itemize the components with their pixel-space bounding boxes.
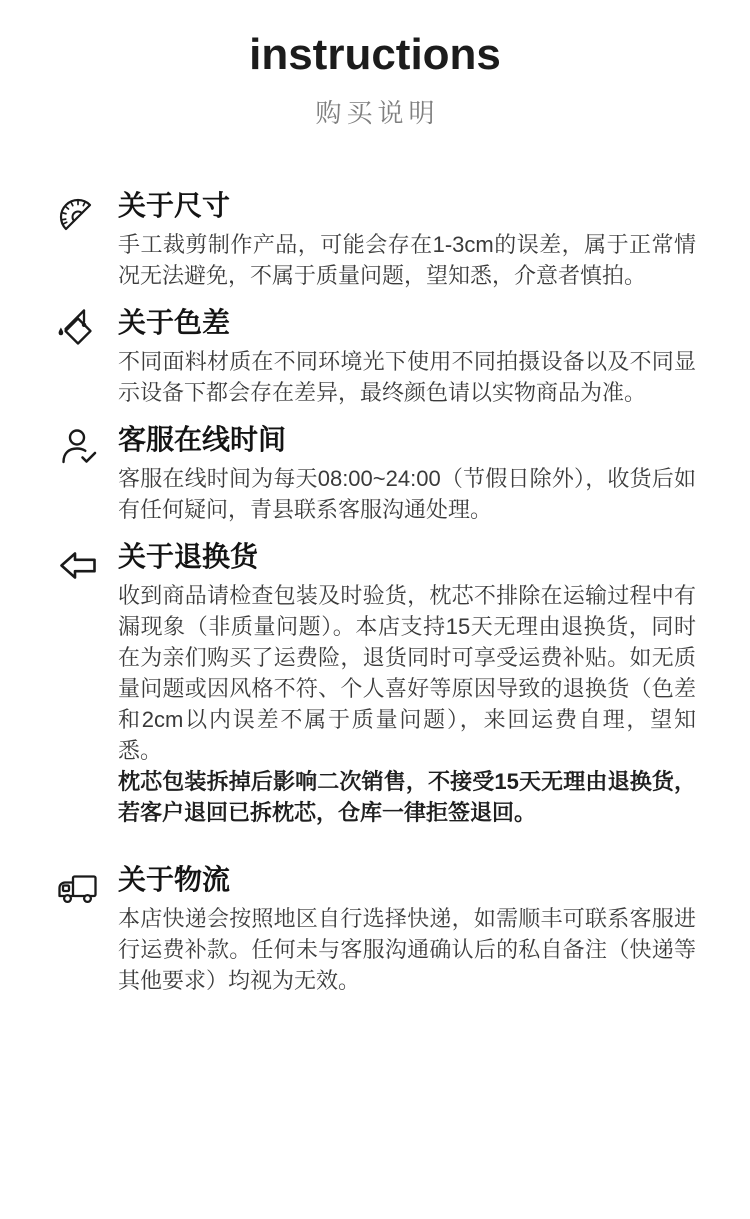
user-check-icon [54, 424, 102, 472]
section-heading: 关于色差 [118, 307, 696, 339]
section-icon [54, 864, 102, 912]
return-arrow-icon [54, 541, 102, 589]
section-paragraph: 手工裁剪制作产品，可能会存在1-3cm的误差，属于正常情况无法避免，不属于质量问… [118, 229, 696, 291]
instruction-section: 客服在线时间 客服在线时间为每天08:00~24:00（节假日除外），收货后如有… [0, 424, 750, 525]
instruction-section: 关于尺寸 手工裁剪制作产品，可能会存在1-3cm的误差，属于正常情况无法避免，不… [0, 190, 750, 291]
section-paragraph-emphasis: 枕芯包装拆掉后影响二次销售，不接受15天无理由退换货，若客户退回已拆枕芯，仓库一… [118, 766, 696, 828]
section-icon [54, 541, 102, 589]
section-body: 收到商品请检查包装及时验货，枕芯不排除在运输过程中有漏现象（非质量问题）。本店支… [118, 580, 696, 828]
section-paragraph: 本店快递会按照地区自行选择快递，如需顺丰可联系客服进行运费补款。任何未与客服沟通… [118, 903, 696, 996]
instruction-section: 关于色差 不同面料材质在不同环境光下使用不同拍摄设备以及不同显示设备下都会存在差… [0, 307, 750, 408]
section-heading: 关于物流 [118, 864, 696, 896]
section-paragraph: 客服在线时间为每天08:00~24:00（节假日除外），收货后如有任何疑问，青县… [118, 463, 696, 525]
truck-icon [54, 864, 102, 912]
section-body: 手工裁剪制作产品，可能会存在1-3cm的误差，属于正常情况无法避免，不属于质量问… [118, 229, 696, 291]
section-body: 客服在线时间为每天08:00~24:00（节假日除外），收货后如有任何疑问，青县… [118, 463, 696, 525]
instruction-section: 关于退换货 收到商品请检查包装及时验货，枕芯不排除在运输过程中有漏现象（非质量问… [0, 541, 750, 828]
protractor-icon [54, 190, 102, 238]
ink-pen-icon [54, 307, 102, 355]
page-header: instructions 购买说明 [0, 0, 750, 130]
section-icon [54, 307, 102, 355]
page-subtitle: 购买说明 [0, 96, 750, 130]
section-heading: 关于退换货 [118, 541, 696, 573]
section-paragraph: 收到商品请检查包装及时验货，枕芯不排除在运输过程中有漏现象（非质量问题）。本店支… [118, 580, 696, 766]
sections: 关于尺寸 手工裁剪制作产品，可能会存在1-3cm的误差，属于正常情况无法避免，不… [0, 190, 750, 996]
section-icon [54, 424, 102, 472]
section-heading: 关于尺寸 [118, 190, 696, 222]
section-heading: 客服在线时间 [118, 424, 696, 456]
section-icon [54, 190, 102, 238]
section-paragraph: 不同面料材质在不同环境光下使用不同拍摄设备以及不同显示设备下都会存在差异，最终颜… [118, 346, 696, 408]
instruction-section: 关于物流 本店快递会按照地区自行选择快递，如需顺丰可联系客服进行运费补款。任何未… [0, 864, 750, 996]
section-body: 不同面料材质在不同环境光下使用不同拍摄设备以及不同显示设备下都会存在差异，最终颜… [118, 346, 696, 408]
section-body: 本店快递会按照地区自行选择快递，如需顺丰可联系客服进行运费补款。任何未与客服沟通… [118, 903, 696, 996]
page-title: instructions [0, 30, 750, 80]
instructions-page: instructions 购买说明 关于尺寸 手工裁剪制作产品，可能会存在1-3… [0, 0, 750, 1219]
